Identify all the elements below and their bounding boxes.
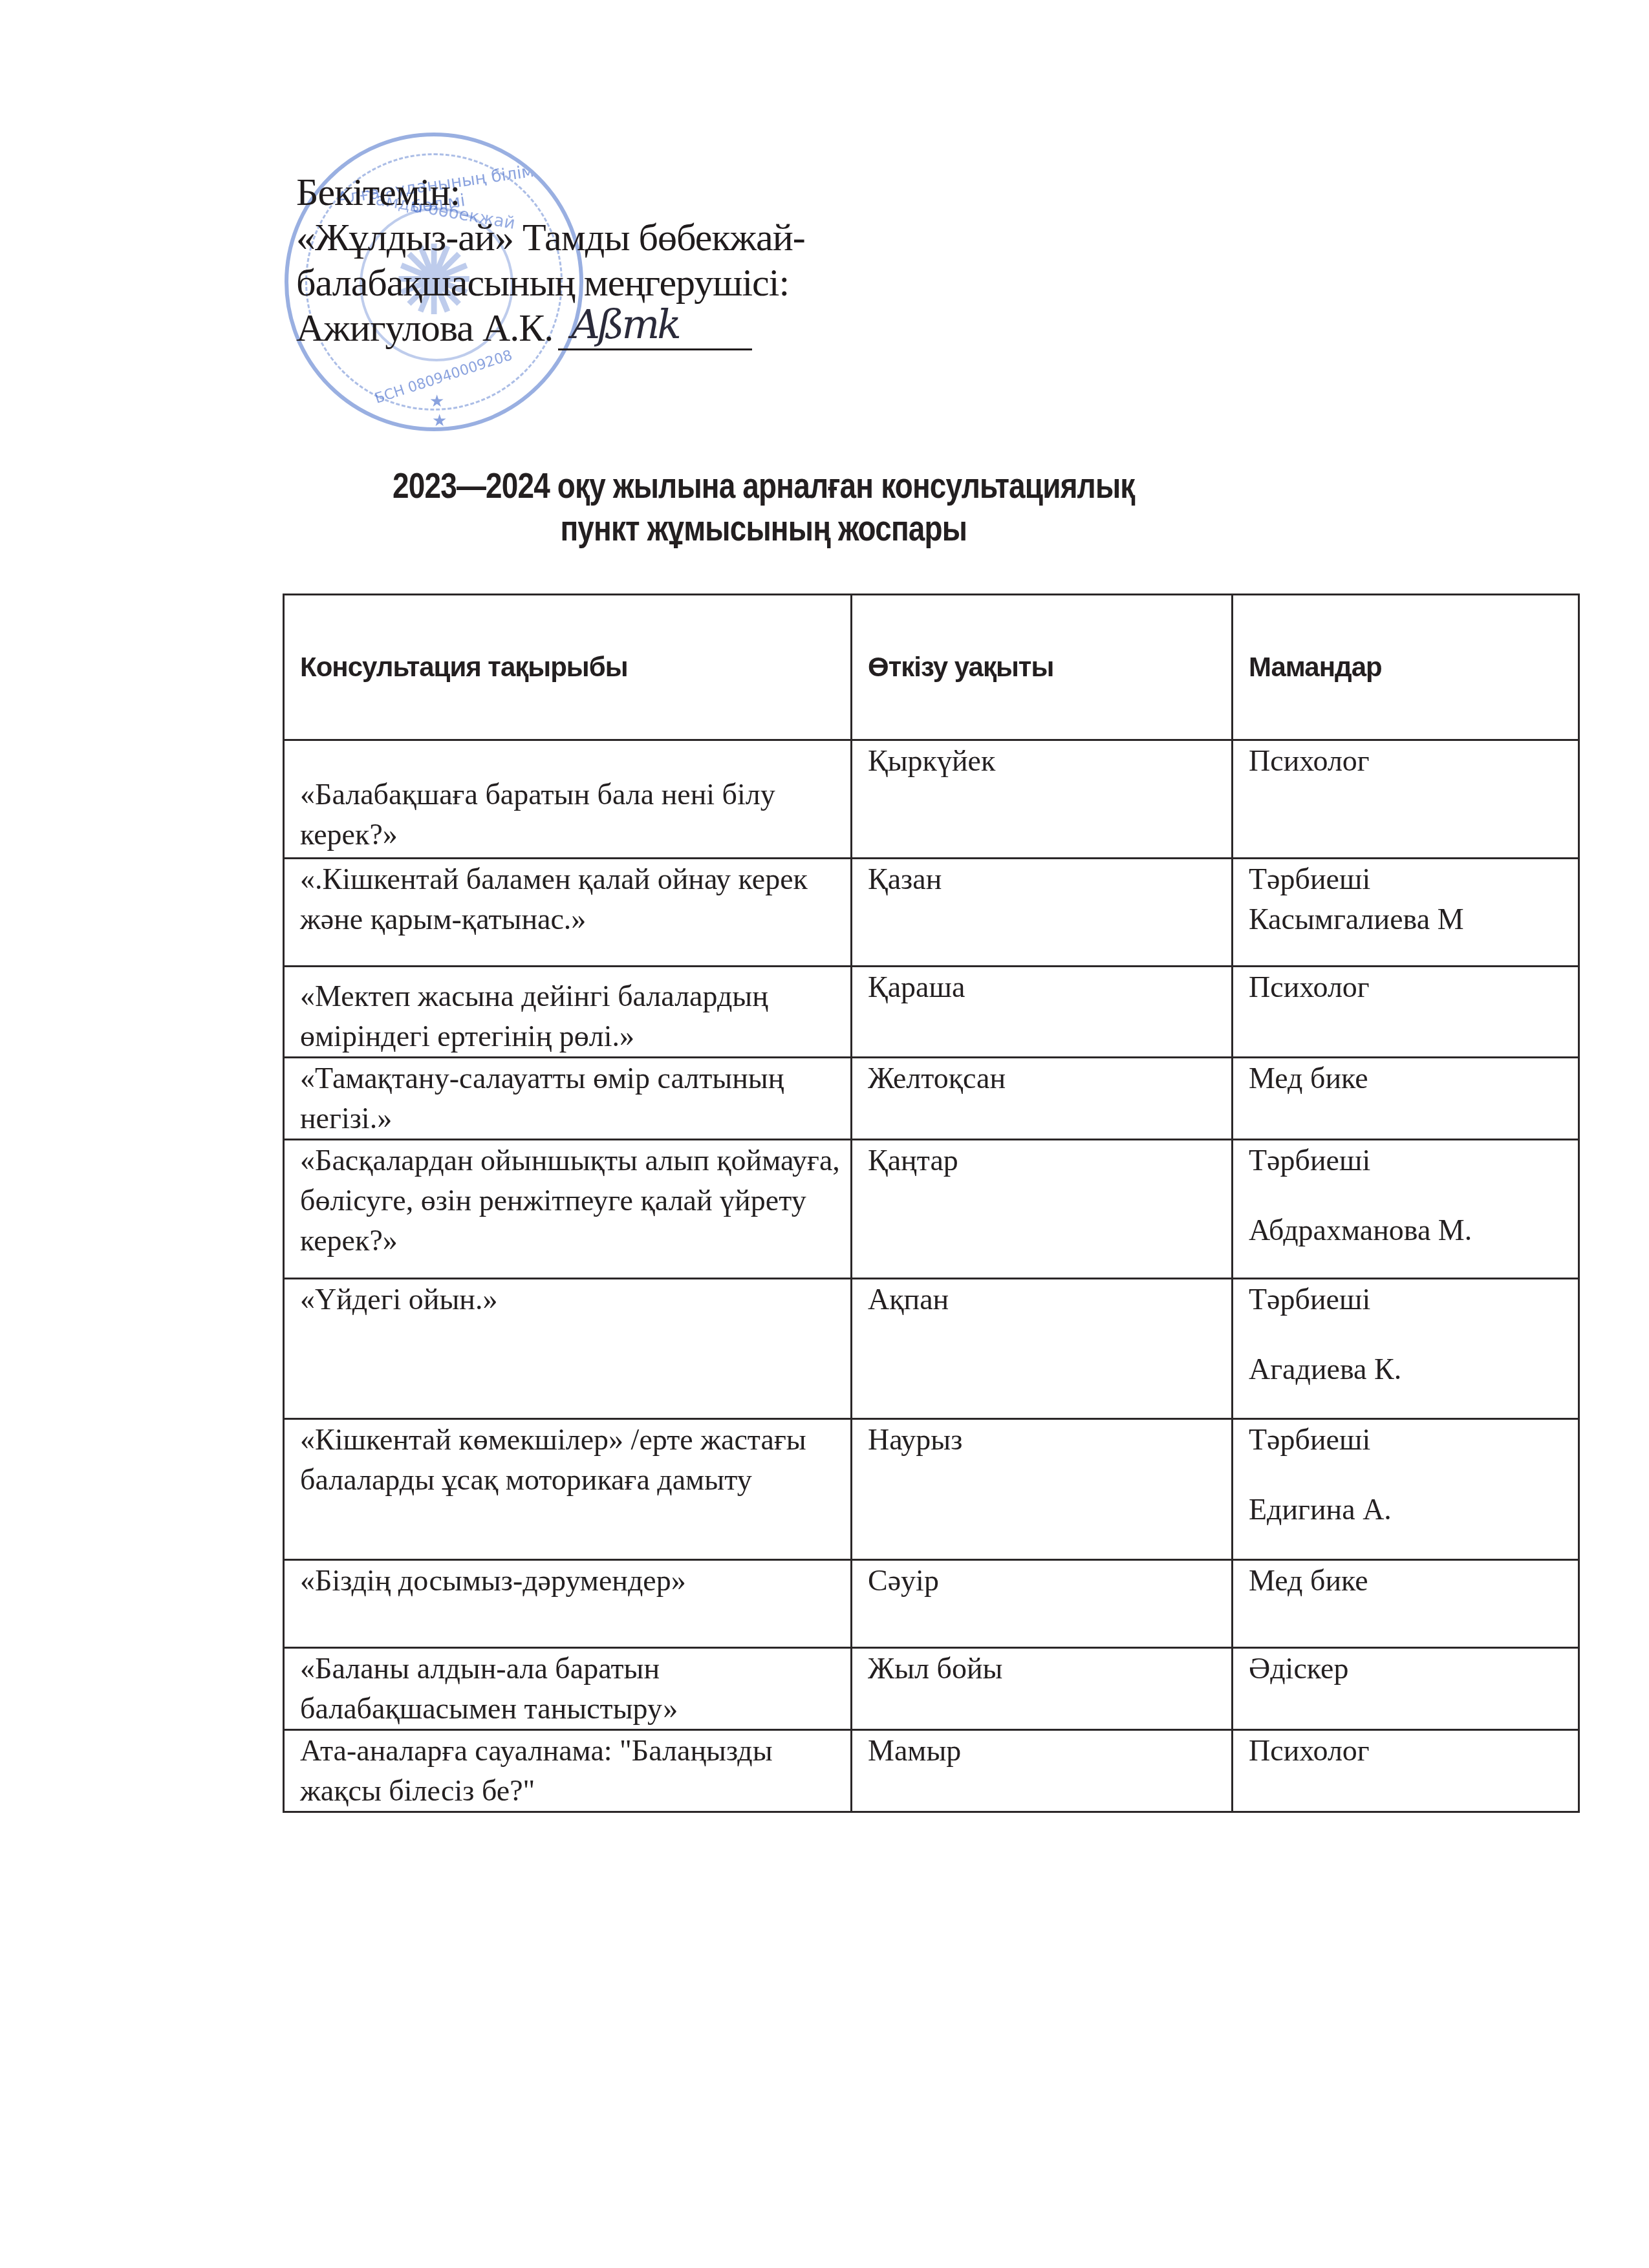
table-row: Ата-аналарға сауалнама: "Балаңызды жақсы… — [284, 1730, 1579, 1812]
specialist-cell: Психолог — [1233, 1730, 1579, 1812]
table-row: «Үйдегі ойын.» Ақпан ТәрбиешіАгадиева К. — [284, 1279, 1579, 1419]
topic-cell: «Біздің досымыз-дәрумендер» — [284, 1560, 852, 1648]
header-topic: Консультация тақырыбы — [284, 595, 852, 740]
specialist-cell: Мед бике — [1233, 1560, 1579, 1648]
topic-cell: «Балабақшаға баратын бала нені білу кере… — [284, 740, 852, 859]
table-row: «Кішкентай көмекшілер» /ерте жастағы бал… — [284, 1419, 1579, 1560]
topic-cell: «Басқалардан ойыншықты алып қоймауға, бө… — [284, 1140, 852, 1279]
specialist-role: Тәрбиеші — [1249, 862, 1370, 895]
specialist-role: Психолог — [1249, 1734, 1370, 1767]
head-name-row: Ажигулова А.К.Aßmk — [296, 305, 805, 350]
time-cell: Мамыр — [852, 1730, 1233, 1812]
header-specialists: Мамандар — [1233, 595, 1579, 740]
title-line-1: 2023—2024 оқу жылына арналған консультац… — [0, 464, 1527, 507]
table-header-row: Консультация тақырыбы Өткізу уақыты Мама… — [284, 595, 1579, 740]
approval-block: Бекітемін: «Жұлдыз-ай» Тамды бөбекжай- б… — [296, 169, 805, 350]
signature: Aßmk — [571, 302, 679, 347]
star-icon: ★ — [432, 411, 447, 431]
time-cell: Қаңтар — [852, 1140, 1233, 1279]
specialist-name: Касымгалиева М — [1249, 903, 1464, 936]
time-cell: Қазан — [852, 859, 1233, 967]
specialist-name: Агадиева К. — [1249, 1353, 1401, 1385]
time-cell: Жыл бойы — [852, 1648, 1233, 1730]
time-cell: Ақпан — [852, 1279, 1233, 1419]
document-title: 2023—2024 оқу жылына арналған консультац… — [0, 464, 1527, 550]
specialist-cell: ТәрбиешіАгадиева К. — [1233, 1279, 1579, 1419]
specialist-name: Едигина А. — [1249, 1493, 1392, 1526]
institution-line-2: балабақшасының меңгерушісі: — [296, 260, 805, 305]
specialist-role: Тәрбиеші — [1249, 1283, 1370, 1316]
signature-line: Aßmk — [558, 310, 752, 350]
table-row: «.Кішкентай баламен қалай ойнау керек жә… — [284, 859, 1579, 967]
star-icon: ★ — [429, 392, 444, 411]
specialist-role: Мед бике — [1249, 1062, 1368, 1095]
time-cell: Наурыз — [852, 1419, 1233, 1560]
time-cell: Сәуір — [852, 1560, 1233, 1648]
specialist-cell: ТәрбиешіАбдрахманова М. — [1233, 1140, 1579, 1279]
header-time: Өткізу уақыты — [852, 595, 1233, 740]
specialist-name: Абдрахманова М. — [1249, 1214, 1472, 1246]
institution-line-1: «Жұлдыз-ай» Тамды бөбекжай- — [296, 215, 805, 260]
specialist-cell: Психолог — [1233, 740, 1579, 859]
consultation-plan-table: Консультация тақырыбы Өткізу уақыты Мама… — [283, 594, 1580, 1813]
topic-cell: «Үйдегі ойын.» — [284, 1279, 852, 1419]
head-name: Ажигулова А.К. — [296, 306, 553, 349]
specialist-role: Әдіскер — [1249, 1652, 1348, 1685]
topic-cell: «.Кішкентай баламен қалай ойнау керек жә… — [284, 859, 852, 967]
topic-cell: «Кішкентай көмекшілер» /ерте жастағы бал… — [284, 1419, 852, 1560]
table-row: «Тамақтану-салауатты өмір салтының негіз… — [284, 1058, 1579, 1140]
specialist-cell: Психолог — [1233, 967, 1579, 1058]
table-row: «Мектеп жасына дейінгі балалардың өмірін… — [284, 967, 1579, 1058]
specialist-cell: ТәрбиешіЕдигина А. — [1233, 1419, 1579, 1560]
specialist-role: Психолог — [1249, 744, 1370, 777]
topic-cell: «Мектеп жасына дейінгі балалардың өмірін… — [284, 967, 852, 1058]
topic-cell: «Тамақтану-салауатты өмір салтының негіз… — [284, 1058, 852, 1140]
topic-cell: «Баланы алдын-ала баратын балабақшасымен… — [284, 1648, 852, 1730]
specialist-cell: ТәрбиешіКасымгалиева М — [1233, 859, 1579, 967]
table-row: «Басқалардан ойыншықты алып қоймауға, бө… — [284, 1140, 1579, 1279]
topic-cell: Ата-аналарға сауалнама: "Балаңызды жақсы… — [284, 1730, 852, 1812]
table-row: «Баланы алдын-ала баратын балабақшасымен… — [284, 1648, 1579, 1730]
specialist-role: Тәрбиеші — [1249, 1423, 1370, 1456]
approval-label: Бекітемін: — [296, 169, 805, 215]
table-row: «Балабақшаға баратын бала нені білу кере… — [284, 740, 1579, 859]
time-cell: Қыркүйек — [852, 740, 1233, 859]
time-cell: Қараша — [852, 967, 1233, 1058]
specialist-cell: Мед бике — [1233, 1058, 1579, 1140]
specialist-role: Тәрбиеші — [1249, 1144, 1370, 1177]
title-line-2: пункт жұмысының жоспары — [0, 507, 1527, 550]
table-row: «Біздің досымыз-дәрумендер» Сәуір Мед би… — [284, 1560, 1579, 1648]
time-cell: Желтоқсан — [852, 1058, 1233, 1140]
specialist-role: Психолог — [1249, 970, 1370, 1003]
specialist-role: Мед бике — [1249, 1564, 1368, 1597]
specialist-cell: Әдіскер — [1233, 1648, 1579, 1730]
